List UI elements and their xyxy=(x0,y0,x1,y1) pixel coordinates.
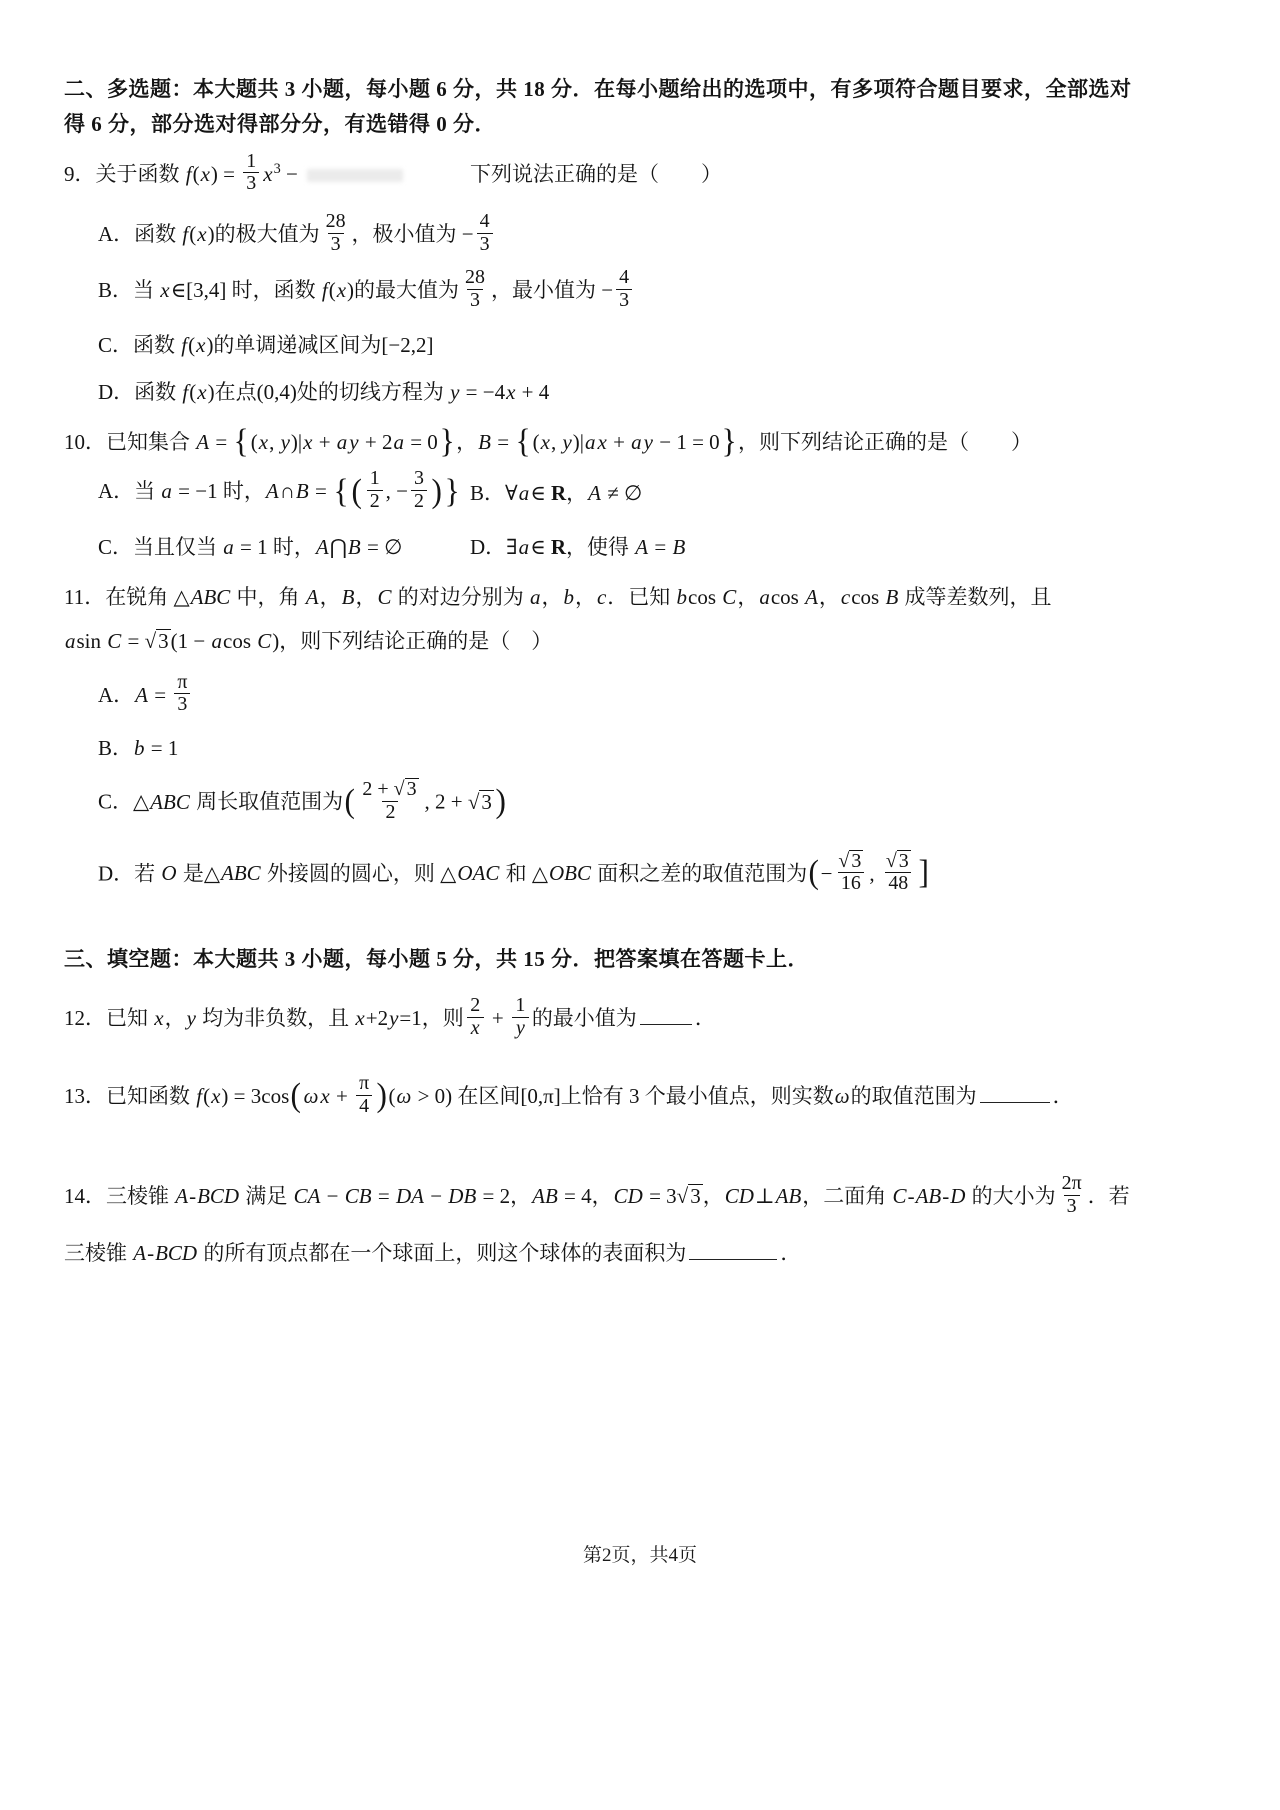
question-10-option-b: B．∀a∈ R，A ≠ ∅ xyxy=(470,478,1222,508)
question-11-stem-line1: 11．在锐角 △ABC 中，角 A，B，C 的对边分别为 a，b，c．已知 bc… xyxy=(64,582,1222,612)
question-13: 13．已知函数 f(x) = 3cos(ωx + π4)(ω > 0) 在区间[… xyxy=(64,1076,1222,1120)
square-root: √3 xyxy=(886,850,911,872)
answer-blank xyxy=(980,1082,1050,1103)
fraction: 2x xyxy=(467,995,484,1039)
question-11-option-c: C．△ABC 周长取值范围为(2 + √32, 2 + √3) xyxy=(64,781,1222,826)
square-root: √3 xyxy=(468,790,494,813)
section2-header-line2: 得 6 分，部分选对得部分分，有选错得 0 分． xyxy=(64,109,1222,139)
square-root: √3 xyxy=(838,850,863,872)
question-10-option-c: C．当且仅当 a = 1 时，A⋂B = ∅ xyxy=(98,532,470,562)
fraction: 283 xyxy=(323,211,349,255)
fraction: 12 xyxy=(367,468,383,512)
question-9-option-c: C．函数 f(x)的单调递减区间为[−2,2] xyxy=(64,330,1222,360)
question-9-option-d: D．函数 f(x)在点(0,4)处的切线方程为 y = −4x + 4 xyxy=(64,377,1222,407)
exam-page: 二、多选题：本大题共 3 小题，每小题 6 分，共 18 分．在每小题给出的选项… xyxy=(0,0,1280,1810)
fraction: 283 xyxy=(462,267,488,311)
question-11-option-d: D．若 O 是△ABC 外接圆的圆心，则 △OAC 和 △OBC 面积之差的取值… xyxy=(64,853,1222,898)
question-10-options-ab: A．当 a = −1 时，A∩B = {(12, −32)} B．∀a∈ R，A… xyxy=(64,471,1222,515)
fraction: 43 xyxy=(616,267,632,311)
question-14-line2: 三棱锥 A-BCD 的所有顶点都在一个球面上，则这个球体的表面积为． xyxy=(64,1238,1222,1268)
fraction: 2π3 xyxy=(1059,1173,1085,1217)
fraction: √348 xyxy=(883,850,914,895)
question-10-options-cd: C．当且仅当 a = 1 时，A⋂B = ∅ D．∃a∈ R，使得 A = B xyxy=(64,532,1222,562)
question-11-option-b: B．b = 1 xyxy=(64,733,1222,763)
question-9-stem: 9．关于函数 f(x) = 13x3 − 下列说法正确的是（ ） xyxy=(64,154,1222,198)
erased-text-region xyxy=(307,169,403,182)
fraction: π3 xyxy=(174,672,190,716)
fraction: 13 xyxy=(243,151,259,195)
question-9-option-a: A．函数 f(x)的极大值为283，极小值为 −43 xyxy=(64,214,1222,258)
page-footer: 第2页，共4页 xyxy=(0,1540,1280,1567)
fraction: 32 xyxy=(411,468,427,512)
square-root: √3 xyxy=(677,1184,703,1207)
square-root: √3 xyxy=(394,778,419,800)
question-11-stem-line2: asin C = √3(1 − acos C)，则下列结论正确的是（ ） xyxy=(64,626,1222,656)
question-12: 12．已知 x，y 均为非负数，且 x+2y=1，则2x + 1y的最小值为． xyxy=(64,998,1222,1042)
question-9-option-b: B．当 x∈[3,4] 时，函数 f(x)的最大值为283，最小值为 −43 xyxy=(64,270,1222,314)
answer-blank xyxy=(689,1239,777,1260)
fraction: 2 + √32 xyxy=(359,778,421,823)
question-11-option-a: A．A = π3 xyxy=(64,675,1222,719)
square-root: √3 xyxy=(145,629,171,652)
fraction: 43 xyxy=(477,211,493,255)
section2-header-line1: 二、多选题：本大题共 3 小题，每小题 6 分，共 18 分．在每小题给出的选项… xyxy=(64,74,1222,104)
question-10-option-a: A．当 a = −1 时，A∩B = {(12, −32)} xyxy=(98,471,470,515)
fraction: 1y xyxy=(512,995,529,1039)
fraction: π4 xyxy=(356,1073,372,1117)
question-10-option-d: D．∃a∈ R，使得 A = B xyxy=(470,532,1222,562)
question-14-line1: 14．三棱锥 A-BCD 满足 CA − CB = DA − DB = 2，AB… xyxy=(64,1176,1222,1220)
question-10-stem: 10．已知集合 A = {(x, y)|x + ay + 2a = 0}，B =… xyxy=(64,427,1222,457)
answer-blank xyxy=(640,1004,692,1025)
fraction: √316 xyxy=(835,850,866,895)
section3-header: 三、填空题：本大题共 3 小题，每小题 5 分，共 15 分．把答案填在答题卡上… xyxy=(64,944,1222,974)
